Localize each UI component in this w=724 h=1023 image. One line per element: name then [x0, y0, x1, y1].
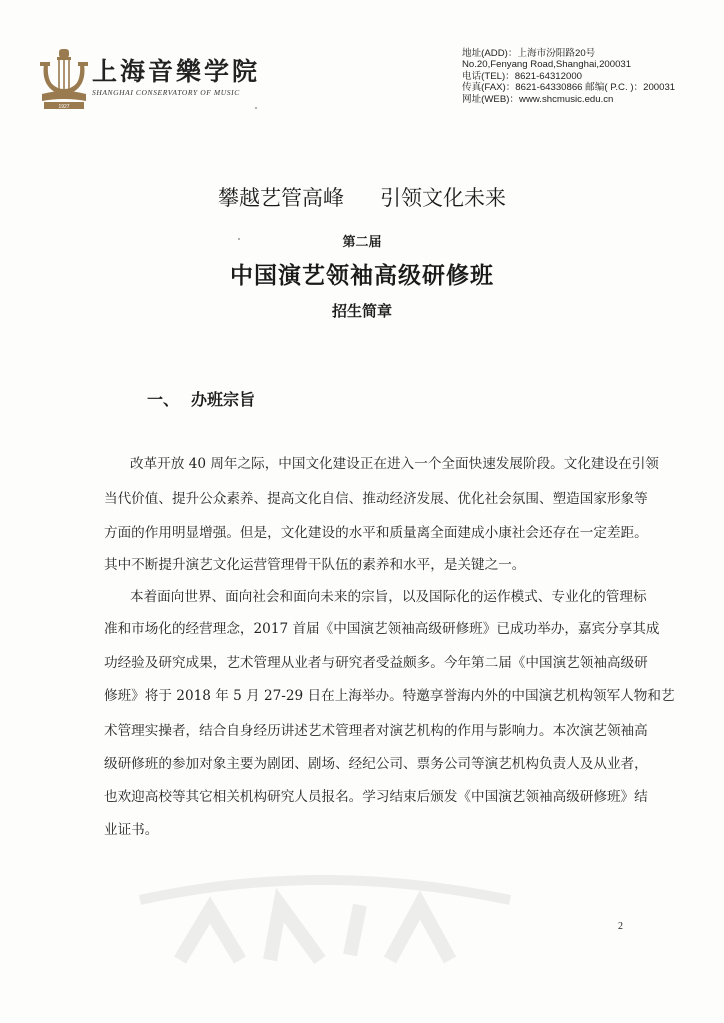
contact-website: 网址(WEB)：www.shcmusic.edu.cn — [462, 94, 675, 105]
section-number: 一、 — [147, 390, 179, 409]
scan-speck — [238, 238, 240, 240]
paragraph-2-line-2: 准和市场化的经营理念，2017 首届《中国演艺领袖高级研修班》已成功举办，嘉宾分… — [104, 617, 659, 637]
paragraph-2-line-4: 修班》将于 2018 年 5 月 27-29 日在上海举办。特邀享誉海内外的中国… — [104, 684, 675, 704]
contact-address-cn: 地址(ADD)：上海市汾阳路20号 — [462, 48, 675, 59]
edition-label: 第二届 — [0, 231, 724, 250]
page-title: 中国演艺领袖高级研修班 — [0, 257, 724, 290]
section-heading: 一、办班宗旨 — [147, 387, 255, 410]
paragraph-1-line-3: 方面的作用明显增强。但是，文化建设的水平和质量离全面建成小康社会还存在一定差距。 — [104, 521, 648, 541]
paragraph-2-line-3: 功经验及研究成果，艺术管理从业者与研究者受益颇多。今年第二届《中国演艺领袖高级研 — [104, 651, 648, 671]
brand-name-cn: 上海音樂学院 — [92, 58, 260, 86]
slogan: 攀越艺管高峰引领文化未来 — [0, 182, 724, 212]
paragraph-2-line-7: 也欢迎高校等其它相关机构研究人员报名。学习结束后颁发《中国演艺领袖高级研修班》结 — [104, 785, 648, 805]
show-through-watermark — [120, 860, 540, 970]
brand-name-en: SHANGHAI CONSERVATORY OF MUSIC — [92, 88, 260, 97]
contact-address-en: No.20,Fenyang Road,Shanghai,200031 — [462, 59, 675, 70]
scan-speck — [255, 107, 257, 109]
document-page: 1927 上海音樂学院 SHANGHAI CONSERVATORY OF MUS… — [0, 0, 724, 1023]
paragraph-1-line-2: 当代价值、提升公众素养、提高文化自信、推动经济发展、优化社会氛围、塑造国家形象等 — [104, 487, 648, 507]
contact-fax-postcode: 传真(FAX)：8621-64330866 邮编( P.C. )：200031 — [462, 82, 675, 93]
slogan-right: 引领文化未来 — [380, 182, 506, 212]
section-title: 办班宗旨 — [191, 390, 255, 409]
paragraph-1-line-1: 改革开放 40 周年之际，中国文化建设正在进入一个全面快速发展阶段。文化建设在引… — [130, 452, 659, 472]
contact-info: 地址(ADD)：上海市汾阳路20号 No.20,Fenyang Road,Sha… — [462, 48, 675, 105]
paragraph-2-line-5: 术管理实操者，结合自身经历讲述艺术管理者对演艺机构的作用与影响力。本次演艺领袖高 — [104, 719, 648, 739]
conservatory-lyre-logo-icon: 1927 — [38, 48, 90, 110]
paragraph-2-line-8: 业证书。 — [104, 818, 158, 838]
page-subtitle: 招生简章 — [0, 300, 724, 321]
svg-text:1927: 1927 — [58, 104, 69, 110]
page-number: 2 — [618, 921, 623, 932]
slogan-left: 攀越艺管高峰 — [218, 182, 344, 212]
paragraph-2-line-1: 本着面向世界、面向社会和面向未来的宗旨，以及国际化的运作模式、专业化的管理标 — [130, 585, 647, 605]
paragraph-1-line-4: 其中不断提升演艺文化运营管理骨干队伍的素养和水平，是关键之一。 — [104, 553, 525, 573]
brand-block: 上海音樂学院 SHANGHAI CONSERVATORY OF MUSIC — [92, 58, 260, 97]
contact-telephone: 电话(TEL)：8621-64312000 — [462, 71, 675, 82]
paragraph-2-line-6: 级研修班的参加对象主要为剧团、剧场、经纪公司、票务公司等演艺机构负责人及从业者， — [104, 752, 648, 772]
